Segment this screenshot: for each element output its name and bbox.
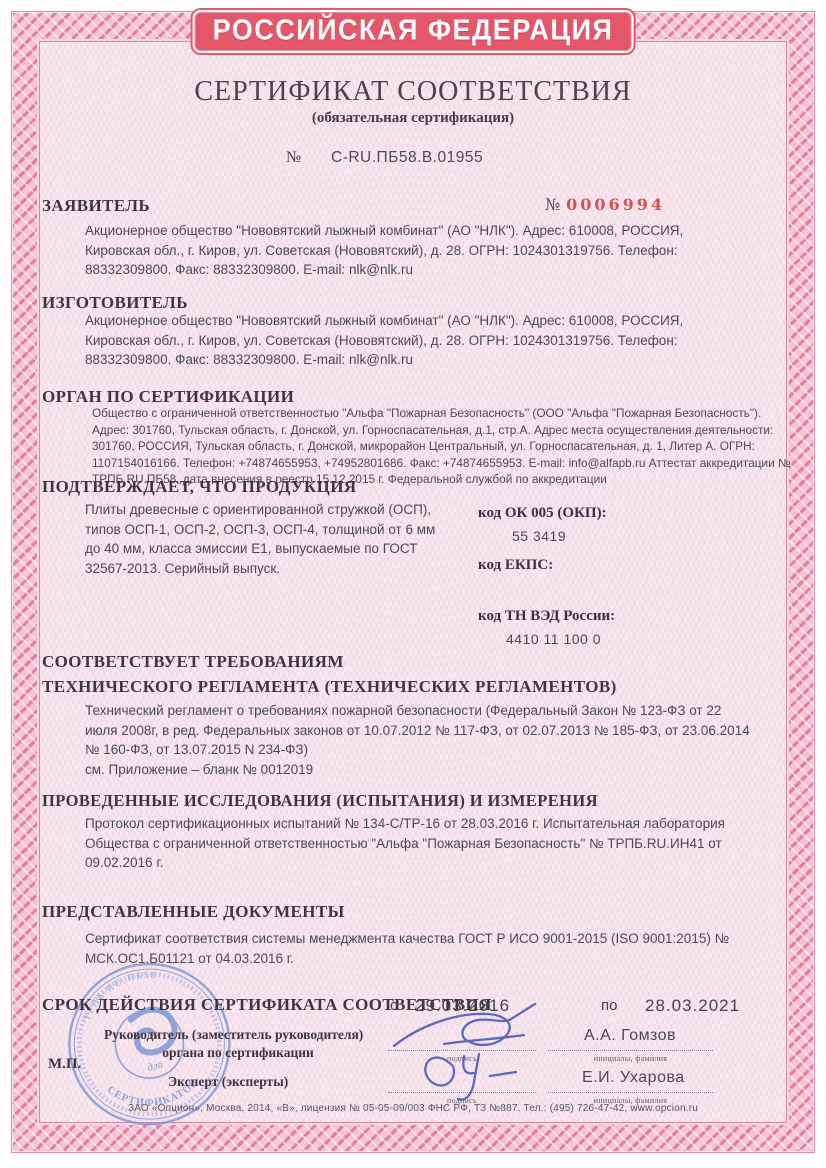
stamp-text-line1: для [146, 1059, 164, 1074]
head-role-line1: Руководитель (заместитель руководителя) [104, 1027, 363, 1043]
footer-imprint: ЗАО «Опцион», Москва, 2014, «В», лицензи… [0, 1103, 826, 1114]
validity-to-label: по [601, 997, 617, 1014]
section-tests-heading: ПРОВЕДЕННЫЕ ИССЛЕДОВАНИЯ (ИСПЫТАНИЯ) И И… [42, 791, 598, 811]
code-okp-label: код ОК 005 (ОКП): [478, 505, 607, 522]
code-okp-value: 55 3419 [512, 528, 566, 544]
blank-number: №0006994 [545, 195, 665, 214]
expert-name: Е.И. Ухарова [582, 1069, 685, 1087]
requirements-text: Технический регламент о требованиях пожа… [85, 701, 753, 760]
head-name-line [548, 1050, 713, 1051]
applicant-text: Акционерное общество "Нововятский лыжный… [85, 221, 730, 280]
certificate-number-sign: № [286, 149, 301, 167]
section-product-heading: ПОДТВЕРЖДАЕТ, ЧТО ПРОДУКЦИЯ [42, 477, 357, 497]
section-certification-body-heading: ОРГАН ПО СЕРТИФИКАЦИИ [42, 387, 294, 407]
certificate-page: РОССИЙСКАЯ ФЕДЕРАЦИЯ СЕРТИФИКАТ СООТВЕТС… [0, 0, 826, 1168]
certificate-content: РОССИЙСКАЯ ФЕДЕРАЦИЯ СЕРТИФИКАТ СООТВЕТС… [0, 0, 826, 1168]
certificate-title: СЕРТИФИКАТ СООТВЕТСТВИЯ [0, 76, 826, 108]
head-name-caption: инициалы, фамилия [548, 1054, 713, 1063]
code-ekps-label: код ЕКПС: [478, 557, 553, 574]
section-manufacturer-heading: ИЗГОТОВИТЕЛЬ [42, 293, 188, 313]
stamp-place-label: М.П. [48, 1056, 81, 1073]
expert-signature-scribble [416, 1048, 528, 1106]
certificate-subtitle: (обязательная сертификация) [0, 110, 826, 127]
expert-name-line [548, 1092, 713, 1093]
manufacturer-text: Акционерное общество "Нововятский лыжный… [85, 311, 730, 370]
product-description: Плиты древесные с ориентированной стружк… [85, 500, 437, 578]
blank-number-digits: 0006994 [566, 195, 665, 214]
requirements-appendix-text: см. Приложение – бланк № 0012019 [85, 760, 585, 780]
certification-body-text: Общество с ограниченной ответственностью… [92, 405, 792, 488]
code-tnved-label: код ТН ВЭД России: [478, 608, 615, 625]
country-banner: РОССИЙСКАЯ ФЕДЕРАЦИЯ [193, 10, 634, 53]
blank-number-sign: № [545, 195, 560, 214]
tests-text: Протокол сертификационных испытаний № 13… [85, 814, 733, 873]
code-tnved-value: 4410 11 100 0 [506, 631, 601, 647]
section-requirements-heading-line2: ТЕХНИЧЕСКОГО РЕГЛАМЕНТА (ТЕХНИЧЕСКИХ РЕГ… [42, 677, 617, 697]
section-applicant-heading: ЗАЯВИТЕЛЬ [42, 196, 150, 216]
head-name: А.А. Гомзов [584, 1027, 676, 1045]
head-role-line2: органа по сертификации [104, 1045, 372, 1061]
section-documents-heading: ПРЕДСТАВЛЕННЫЕ ДОКУМЕНТЫ [42, 902, 345, 922]
validity-to-date: 28.03.2021 [645, 996, 740, 1016]
certificate-number: C-RU.ПБ58.В.01955 [331, 149, 483, 167]
expert-role: Эксперт (эксперты) [168, 1074, 288, 1090]
country-banner-label: РОССИЙСКАЯ ФЕДЕРАЦИЯ [213, 14, 614, 47]
section-requirements-heading-line1: СООТВЕТСТВУЕТ ТРЕБОВАНИЯМ [42, 652, 344, 672]
